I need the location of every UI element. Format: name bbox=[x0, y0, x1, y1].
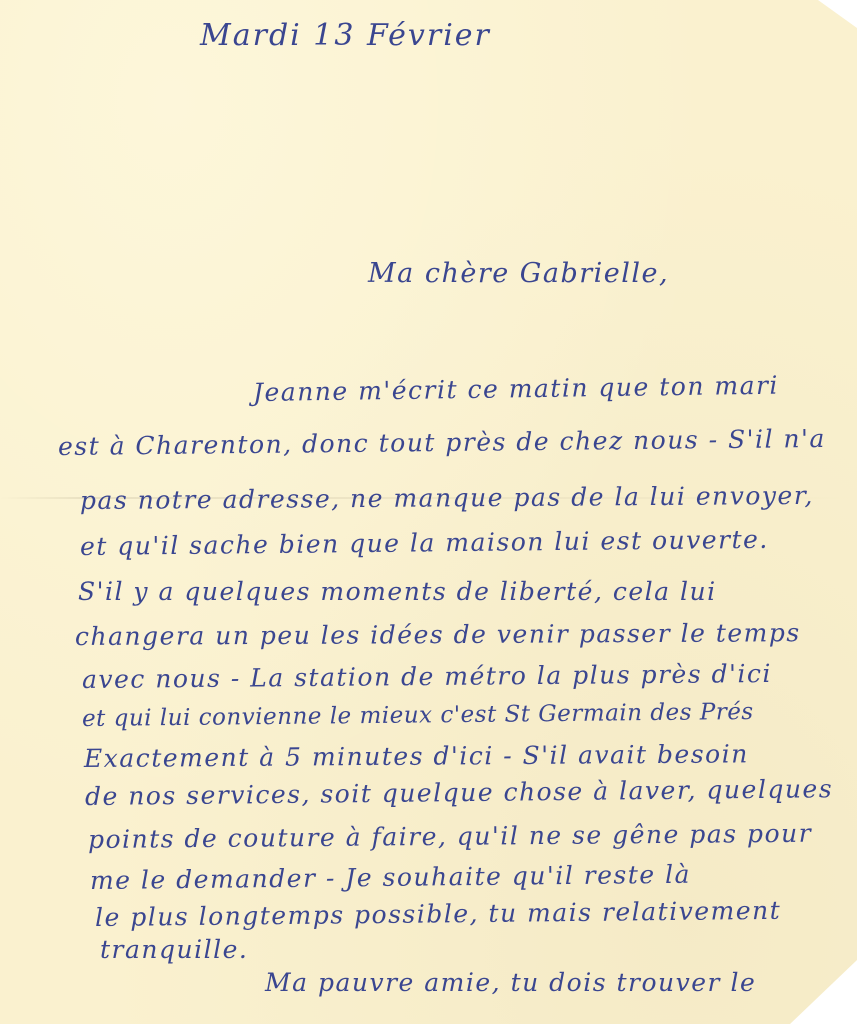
letter-line: Jeanne m'écrit ce matin que ton mari bbox=[253, 371, 779, 407]
letter-line: et qu'il sache bien que la maison lui es… bbox=[80, 525, 769, 561]
letter-line: Exactement à 5 minutes d'ici - S'il avai… bbox=[84, 739, 749, 773]
letter-line: changera un peu les idées de venir passe… bbox=[75, 618, 801, 651]
letter-line: de nos services, soit quelque chose à la… bbox=[85, 774, 833, 811]
letter-line: points de couture à faire, qu'il ne se g… bbox=[88, 819, 812, 854]
letter-line: le plus longtemps possible, tu mais rela… bbox=[95, 896, 782, 932]
letter-line: et qui lui convienne le mieux c'est St G… bbox=[82, 699, 754, 732]
letter-line: me le demander - Je souhaite qu'il reste… bbox=[90, 860, 691, 895]
letter-line: est à Charenton, donc tout près de chez … bbox=[58, 424, 826, 461]
letter-line: tranquille. bbox=[100, 935, 248, 964]
letter-date: Mardi 13 Février bbox=[200, 18, 491, 53]
letter-line: Ma pauvre amie, tu dois trouver le bbox=[265, 968, 756, 997]
letter-salutation: Ma chère Gabrielle, bbox=[368, 258, 669, 289]
letter-line: S'il y a quelques moments de liberté, ce… bbox=[78, 577, 717, 606]
letter-line: pas notre adresse, ne manque pas de la l… bbox=[80, 481, 814, 515]
letter-line: avec nous - La station de métro la plus … bbox=[82, 659, 772, 694]
letter-paper: Mardi 13 Février Ma chère Gabrielle, Jea… bbox=[0, 0, 857, 1024]
